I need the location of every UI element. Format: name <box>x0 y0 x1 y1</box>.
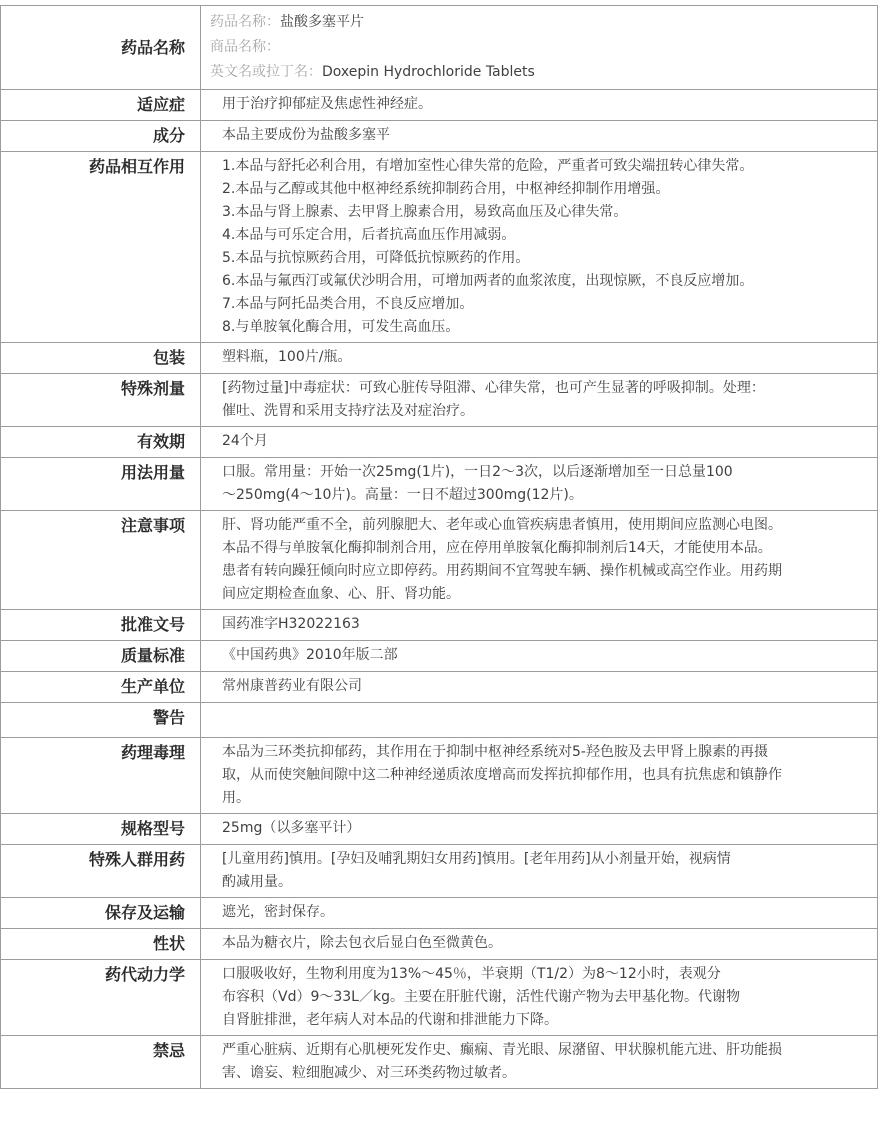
row-label-dosage: 用法用量 <box>1 458 201 510</box>
row-content-specification: 25mg（以多塞平计） <box>201 814 877 844</box>
table-row-approval-no: 批准文号 国药准字H32022163 <box>1 610 877 641</box>
row-label-special-dose: 特殊剂量 <box>1 374 201 426</box>
row-content-shelf-life: 24个月 <box>201 427 877 457</box>
field-value-english-name: Doxepin Hydrochloride Tablets <box>322 64 535 80</box>
table-row-dosage: 用法用量 口服。常用量：开始一次25mg(1片)，一日2～3次，以后逐渐增加至一… <box>1 458 877 511</box>
field-label-trade-name: 商品名称： <box>210 39 280 55</box>
table-row-packaging: 包装 塑料瓶，100片/瓶。 <box>1 343 877 374</box>
table-row-indications: 适应症 用于治疗抑郁症及焦虑性神经症。 <box>1 90 877 121</box>
row-label-shelf-life: 有效期 <box>1 427 201 457</box>
row-label-quality-standard: 质量标准 <box>1 641 201 671</box>
row-label-manufacturer: 生产单位 <box>1 672 201 702</box>
row-content-interactions: 1.本品与舒托必利合用，有增加室性心律失常的危险，严重者可致尖端扭转心律失常。 … <box>201 152 877 342</box>
row-label-contraindications: 禁忌 <box>1 1036 201 1088</box>
row-label-interactions: 药品相互作用 <box>1 152 201 342</box>
row-content-special-population: [儿童用药]慎用。[孕妇及哺乳期妇女用药]慎用。[老年用药]从小剂量开始，视病情… <box>201 845 877 897</box>
row-label-precautions: 注意事项 <box>1 511 201 609</box>
table-row-quality-standard: 质量标准 《中国药典》2010年版二部 <box>1 641 877 672</box>
row-label-drug-name: 药品名称 <box>1 6 201 89</box>
row-content-appearance: 本品为糖衣片，除去包衣后显白色至微黄色。 <box>201 929 877 959</box>
row-content-warning <box>201 703 877 737</box>
row-content-quality-standard: 《中国药典》2010年版二部 <box>201 641 877 671</box>
table-row-special-dose: 特殊剂量 [药物过量]中毒症状：可致心脏传导阻滞、心律失常，也可产生显著的呼吸抑… <box>1 374 877 427</box>
row-content-special-dose: [药物过量]中毒症状：可致心脏传导阻滞、心律失常，也可产生显著的呼吸抑制。处理：… <box>201 374 877 426</box>
table-row-precautions: 注意事项 肝、肾功能严重不全，前列腺肥大、老年或心血管疾病患者慎用，使用期间应监… <box>1 511 877 610</box>
row-content-storage: 遮光，密封保存。 <box>201 898 877 928</box>
table-row-contraindications: 禁忌 严重心脏病、近期有心肌梗死发作史、癫痫、青光眼、尿潴留、甲状腺机能亢进、肝… <box>1 1036 877 1089</box>
table-row-shelf-life: 有效期 24个月 <box>1 427 877 458</box>
table-row-pharmacokinetics: 药代动力学 口服吸收好，生物利用度为13%～45％，半衰期（T1/2）为8～12… <box>1 960 877 1036</box>
row-content-approval-no: 国药准字H32022163 <box>201 610 877 640</box>
drug-info-table: 药品名称 药品名称：盐酸多塞平片 商品名称： 英文名或拉丁名：Doxepin H… <box>0 5 878 1089</box>
field-value-drug-name: 盐酸多塞平片 <box>280 14 364 30</box>
table-row-appearance: 性状 本品为糖衣片，除去包衣后显白色至微黄色。 <box>1 929 877 960</box>
row-label-specification: 规格型号 <box>1 814 201 844</box>
table-row-manufacturer: 生产单位 常州康普药业有限公司 <box>1 672 877 703</box>
row-content-pharmacokinetics: 口服吸收好，生物利用度为13%～45％，半衰期（T1/2）为8～12小时，表观分… <box>201 960 877 1035</box>
row-label-special-population: 特殊人群用药 <box>1 845 201 897</box>
row-content-indications: 用于治疗抑郁症及焦虑性神经症。 <box>201 90 877 120</box>
row-content-pharmacology: 本品为三环类抗抑郁药，其作用在于抑制中枢神经系统对5-羟色胺及去甲肾上腺素的再摄… <box>201 738 877 813</box>
row-label-pharmacokinetics: 药代动力学 <box>1 960 201 1035</box>
table-row-drug-name: 药品名称 药品名称：盐酸多塞平片 商品名称： 英文名或拉丁名：Doxepin H… <box>1 6 877 90</box>
row-label-indications: 适应症 <box>1 90 201 120</box>
row-label-storage: 保存及运输 <box>1 898 201 928</box>
row-content-drug-name: 药品名称：盐酸多塞平片 商品名称： 英文名或拉丁名：Doxepin Hydroc… <box>201 6 877 89</box>
row-label-ingredients: 成分 <box>1 121 201 151</box>
row-content-packaging: 塑料瓶，100片/瓶。 <box>201 343 877 373</box>
row-label-warning: 警告 <box>1 703 201 737</box>
table-row-warning: 警告 <box>1 703 877 738</box>
table-row-pharmacology: 药理毒理 本品为三环类抗抑郁药，其作用在于抑制中枢神经系统对5-羟色胺及去甲肾上… <box>1 738 877 814</box>
row-content-precautions: 肝、肾功能严重不全，前列腺肥大、老年或心血管疾病患者慎用，使用期间应监测心电图。… <box>201 511 877 609</box>
english-name-line: 英文名或拉丁名：Doxepin Hydrochloride Tablets <box>210 60 863 85</box>
row-label-approval-no: 批准文号 <box>1 610 201 640</box>
row-content-contraindications: 严重心脏病、近期有心肌梗死发作史、癫痫、青光眼、尿潴留、甲状腺机能亢进、肝功能损… <box>201 1036 877 1088</box>
table-row-specification: 规格型号 25mg（以多塞平计） <box>1 814 877 845</box>
row-label-pharmacology: 药理毒理 <box>1 738 201 813</box>
field-label-english-name: 英文名或拉丁名： <box>210 64 322 80</box>
row-label-packaging: 包装 <box>1 343 201 373</box>
trade-name-line: 商品名称： <box>210 35 863 60</box>
table-row-special-population: 特殊人群用药 [儿童用药]慎用。[孕妇及哺乳期妇女用药]慎用。[老年用药]从小剂… <box>1 845 877 898</box>
table-row-ingredients: 成分 本品主要成份为盐酸多塞平 <box>1 121 877 152</box>
field-label-drug-name: 药品名称： <box>210 14 280 30</box>
table-row-interactions: 药品相互作用 1.本品与舒托必利合用，有增加室性心律失常的危险，严重者可致尖端扭… <box>1 152 877 343</box>
row-content-ingredients: 本品主要成份为盐酸多塞平 <box>201 121 877 151</box>
row-label-appearance: 性状 <box>1 929 201 959</box>
drug-name-line: 药品名称：盐酸多塞平片 <box>210 10 863 35</box>
row-content-manufacturer: 常州康普药业有限公司 <box>201 672 877 702</box>
table-row-storage: 保存及运输 遮光，密封保存。 <box>1 898 877 929</box>
row-content-dosage: 口服。常用量：开始一次25mg(1片)，一日2～3次，以后逐渐增加至一日总量10… <box>201 458 877 510</box>
